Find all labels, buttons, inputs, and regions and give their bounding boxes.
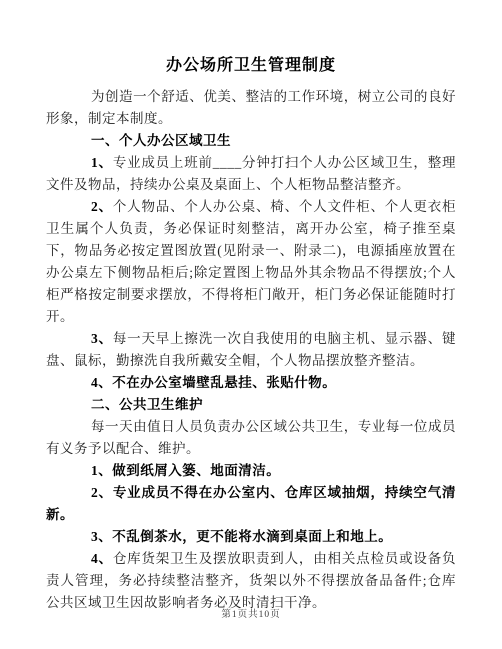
section-2-item-2: 2、专业成员不得在办公室内、仓库区域抽烟，持续空气清新。 [46, 482, 456, 526]
page-footer: 第1页共10页 [0, 604, 502, 622]
section-2-intro: 每一天由值日人员负责办公区域公共卫生，专业每一位成员有义务予以配合、维护。 [46, 416, 456, 460]
page-number: 第1页共10页 [221, 610, 280, 620]
section-2-heading: 二、公共卫生维护 [46, 394, 456, 416]
document-page: 办公场所卫生管理制度 为创造一个舒适、优美、整洁的工作环境，树立公司的良好形象，… [0, 0, 502, 649]
section-1-item-2: 2、个人物品、个人办公桌、椅、个人文件柜、个人更衣柜卫生属个人负责，务必保证时刻… [46, 196, 456, 328]
item-number: 2、 [91, 199, 113, 214]
section-1-item-3: 3、每一天早上擦洗一次自我使用的电脑主机、显示器、键盘、鼠标，勤擦洗自我所戴安全… [46, 328, 456, 372]
item-number: 3、 [91, 331, 113, 346]
section-1-item-4: 4、不在办公室墙壁乱悬挂、张贴什物。 [46, 372, 456, 394]
section-2-item-1: 1、做到纸屑入篓、地面清洁。 [46, 460, 456, 482]
section-2-item-3: 3、不乱倒茶水，更不能将水滴到桌面上和地上。 [46, 526, 456, 548]
item-text: 个人物品、个人办公桌、椅、个人文件柜、个人更衣柜卫生属个人负责，务必保证时刻整洁… [46, 199, 456, 324]
intro-paragraph: 为创造一个舒适、优美、整洁的工作环境，树立公司的良好形象，制定本制度。 [46, 86, 456, 130]
section-1-heading: 一、个人办公区域卫生 [46, 130, 456, 152]
item-number: 4、 [91, 551, 113, 566]
section-1-item-1: 1、专业成员上班前____分钟打扫个人办公区域卫生，整理文件及物品，持续办公桌及… [46, 152, 456, 196]
item-number: 1、 [91, 155, 113, 170]
document-content: 办公场所卫生管理制度 为创造一个舒适、优美、整洁的工作环境，树立公司的良好形象，… [0, 0, 502, 614]
document-title: 办公场所卫生管理制度 [46, 54, 456, 78]
